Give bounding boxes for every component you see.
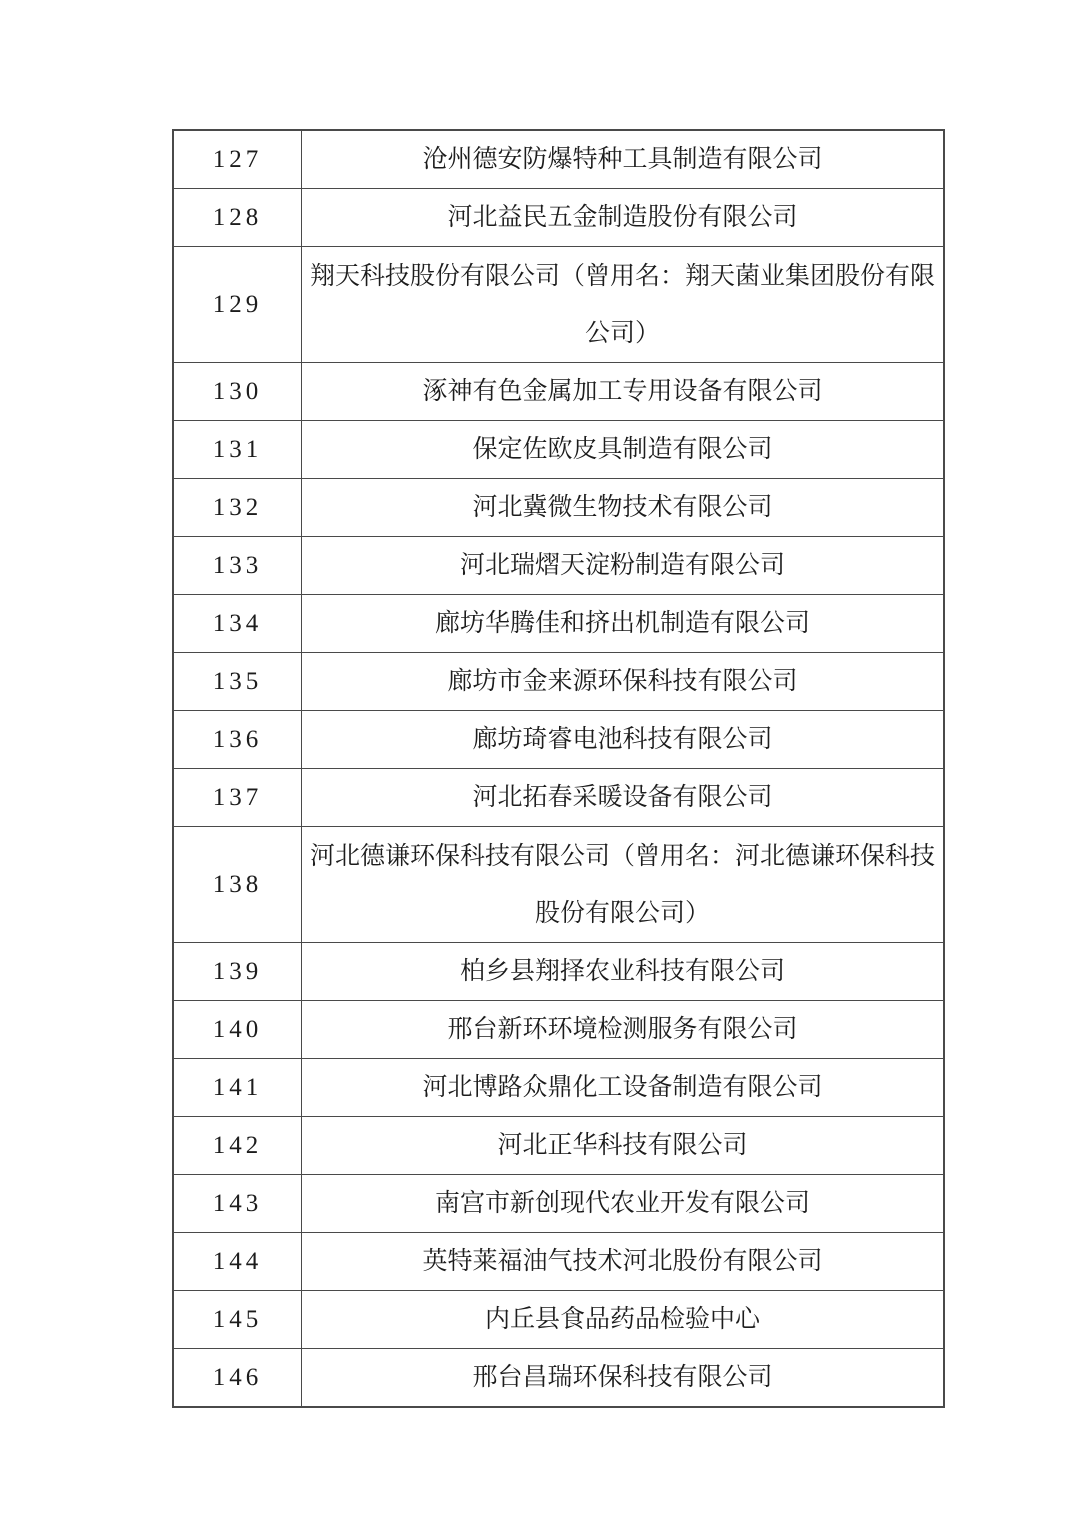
company-name: 河北博路众鼎化工设备制造有限公司 xyxy=(302,1059,945,1117)
table-row: 133 河北瑞熠天淀粉制造有限公司 xyxy=(173,537,944,595)
company-name: 廊坊琦睿电池科技有限公司 xyxy=(302,711,945,769)
table-row: 132 河北冀微生物技术有限公司 xyxy=(173,479,944,537)
table-row: 130 涿神有色金属加工专用设备有限公司 xyxy=(173,363,944,421)
document-page: 127 沧州德安防爆特种工具制造有限公司 128 河北益民五金制造股份有限公司 … xyxy=(0,0,1080,1527)
table-row: 142 河北正华科技有限公司 xyxy=(173,1117,944,1175)
company-name: 南宫市新创现代农业开发有限公司 xyxy=(302,1175,945,1233)
company-name: 邢台新环环境检测服务有限公司 xyxy=(302,1001,945,1059)
table-row: 140 邢台新环环境检测服务有限公司 xyxy=(173,1001,944,1059)
table-row: 144 英特莱福油气技术河北股份有限公司 xyxy=(173,1233,944,1291)
company-name: 河北益民五金制造股份有限公司 xyxy=(302,189,945,247)
row-number: 140 xyxy=(173,1001,302,1059)
company-name: 英特莱福油气技术河北股份有限公司 xyxy=(302,1233,945,1291)
table-row: 131 保定佐欧皮具制造有限公司 xyxy=(173,421,944,479)
row-number: 142 xyxy=(173,1117,302,1175)
row-number: 139 xyxy=(173,943,302,1001)
company-name: 河北冀微生物技术有限公司 xyxy=(302,479,945,537)
table-row: 137 河北拓春采暖设备有限公司 xyxy=(173,769,944,827)
row-number: 145 xyxy=(173,1291,302,1349)
table-row: 141 河北博路众鼎化工设备制造有限公司 xyxy=(173,1059,944,1117)
row-number: 132 xyxy=(173,479,302,537)
table-row: 139 柏乡县翔择农业科技有限公司 xyxy=(173,943,944,1001)
company-name: 河北德谦环保科技有限公司（曾用名：河北德谦环保科技股份有限公司） xyxy=(302,827,945,943)
table-row: 135 廊坊市金来源环保科技有限公司 xyxy=(173,653,944,711)
table-row: 136 廊坊琦睿电池科技有限公司 xyxy=(173,711,944,769)
row-number: 135 xyxy=(173,653,302,711)
company-name: 柏乡县翔择农业科技有限公司 xyxy=(302,943,945,1001)
row-number: 143 xyxy=(173,1175,302,1233)
company-name: 涿神有色金属加工专用设备有限公司 xyxy=(302,363,945,421)
table-row: 145 内丘县食品药品检验中心 xyxy=(173,1291,944,1349)
row-number: 136 xyxy=(173,711,302,769)
company-name: 河北瑞熠天淀粉制造有限公司 xyxy=(302,537,945,595)
row-number: 130 xyxy=(173,363,302,421)
row-number: 128 xyxy=(173,189,302,247)
company-name: 翔天科技股份有限公司（曾用名：翔天菌业集团股份有限公司） xyxy=(302,247,945,363)
row-number: 137 xyxy=(173,769,302,827)
table-row: 143 南宫市新创现代农业开发有限公司 xyxy=(173,1175,944,1233)
table-row: 134 廊坊华腾佳和挤出机制造有限公司 xyxy=(173,595,944,653)
table-row: 138 河北德谦环保科技有限公司（曾用名：河北德谦环保科技股份有限公司） xyxy=(173,827,944,943)
row-number: 141 xyxy=(173,1059,302,1117)
table-row: 129 翔天科技股份有限公司（曾用名：翔天菌业集团股份有限公司） xyxy=(173,247,944,363)
row-number: 127 xyxy=(173,130,302,189)
row-number: 129 xyxy=(173,247,302,363)
table-row: 127 沧州德安防爆特种工具制造有限公司 xyxy=(173,130,944,189)
company-name: 邢台昌瑞环保科技有限公司 xyxy=(302,1349,945,1408)
row-number: 133 xyxy=(173,537,302,595)
company-name: 内丘县食品药品检验中心 xyxy=(302,1291,945,1349)
table-row: 128 河北益民五金制造股份有限公司 xyxy=(173,189,944,247)
table-row: 146 邢台昌瑞环保科技有限公司 xyxy=(173,1349,944,1408)
company-name: 廊坊市金来源环保科技有限公司 xyxy=(302,653,945,711)
company-name: 河北正华科技有限公司 xyxy=(302,1117,945,1175)
row-number: 144 xyxy=(173,1233,302,1291)
company-name: 保定佐欧皮具制造有限公司 xyxy=(302,421,945,479)
row-number: 138 xyxy=(173,827,302,943)
company-name: 沧州德安防爆特种工具制造有限公司 xyxy=(302,130,945,189)
company-name: 廊坊华腾佳和挤出机制造有限公司 xyxy=(302,595,945,653)
row-number: 131 xyxy=(173,421,302,479)
company-name: 河北拓春采暖设备有限公司 xyxy=(302,769,945,827)
row-number: 134 xyxy=(173,595,302,653)
row-number: 146 xyxy=(173,1349,302,1408)
company-table: 127 沧州德安防爆特种工具制造有限公司 128 河北益民五金制造股份有限公司 … xyxy=(172,129,945,1408)
